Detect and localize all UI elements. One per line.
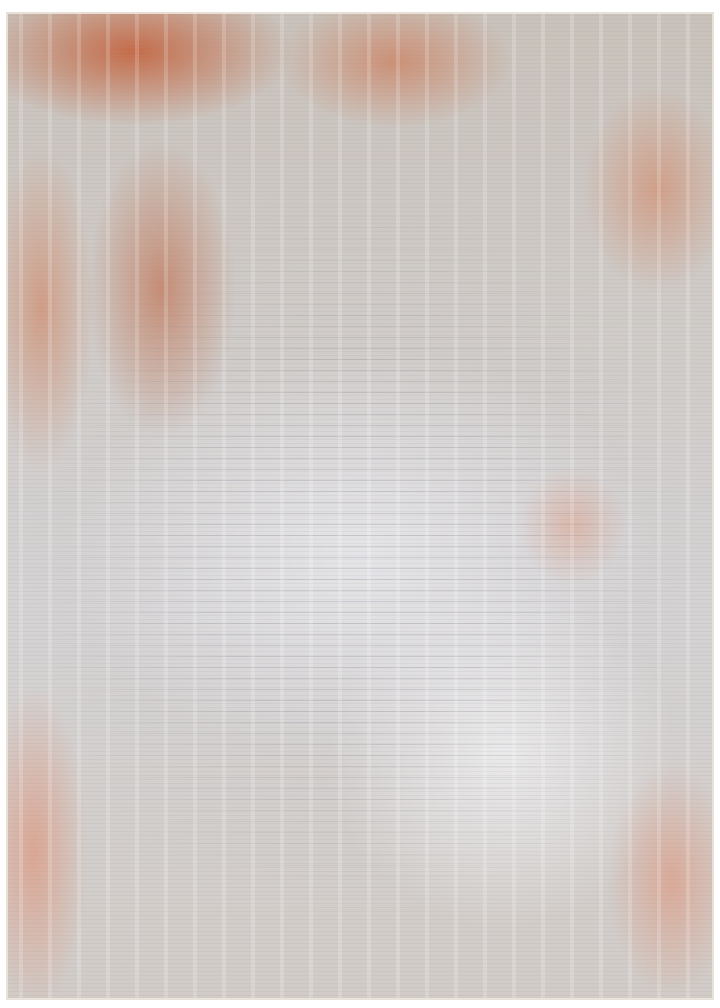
rug-photo [6,12,714,1000]
rug-edge-binding [6,12,714,1000]
